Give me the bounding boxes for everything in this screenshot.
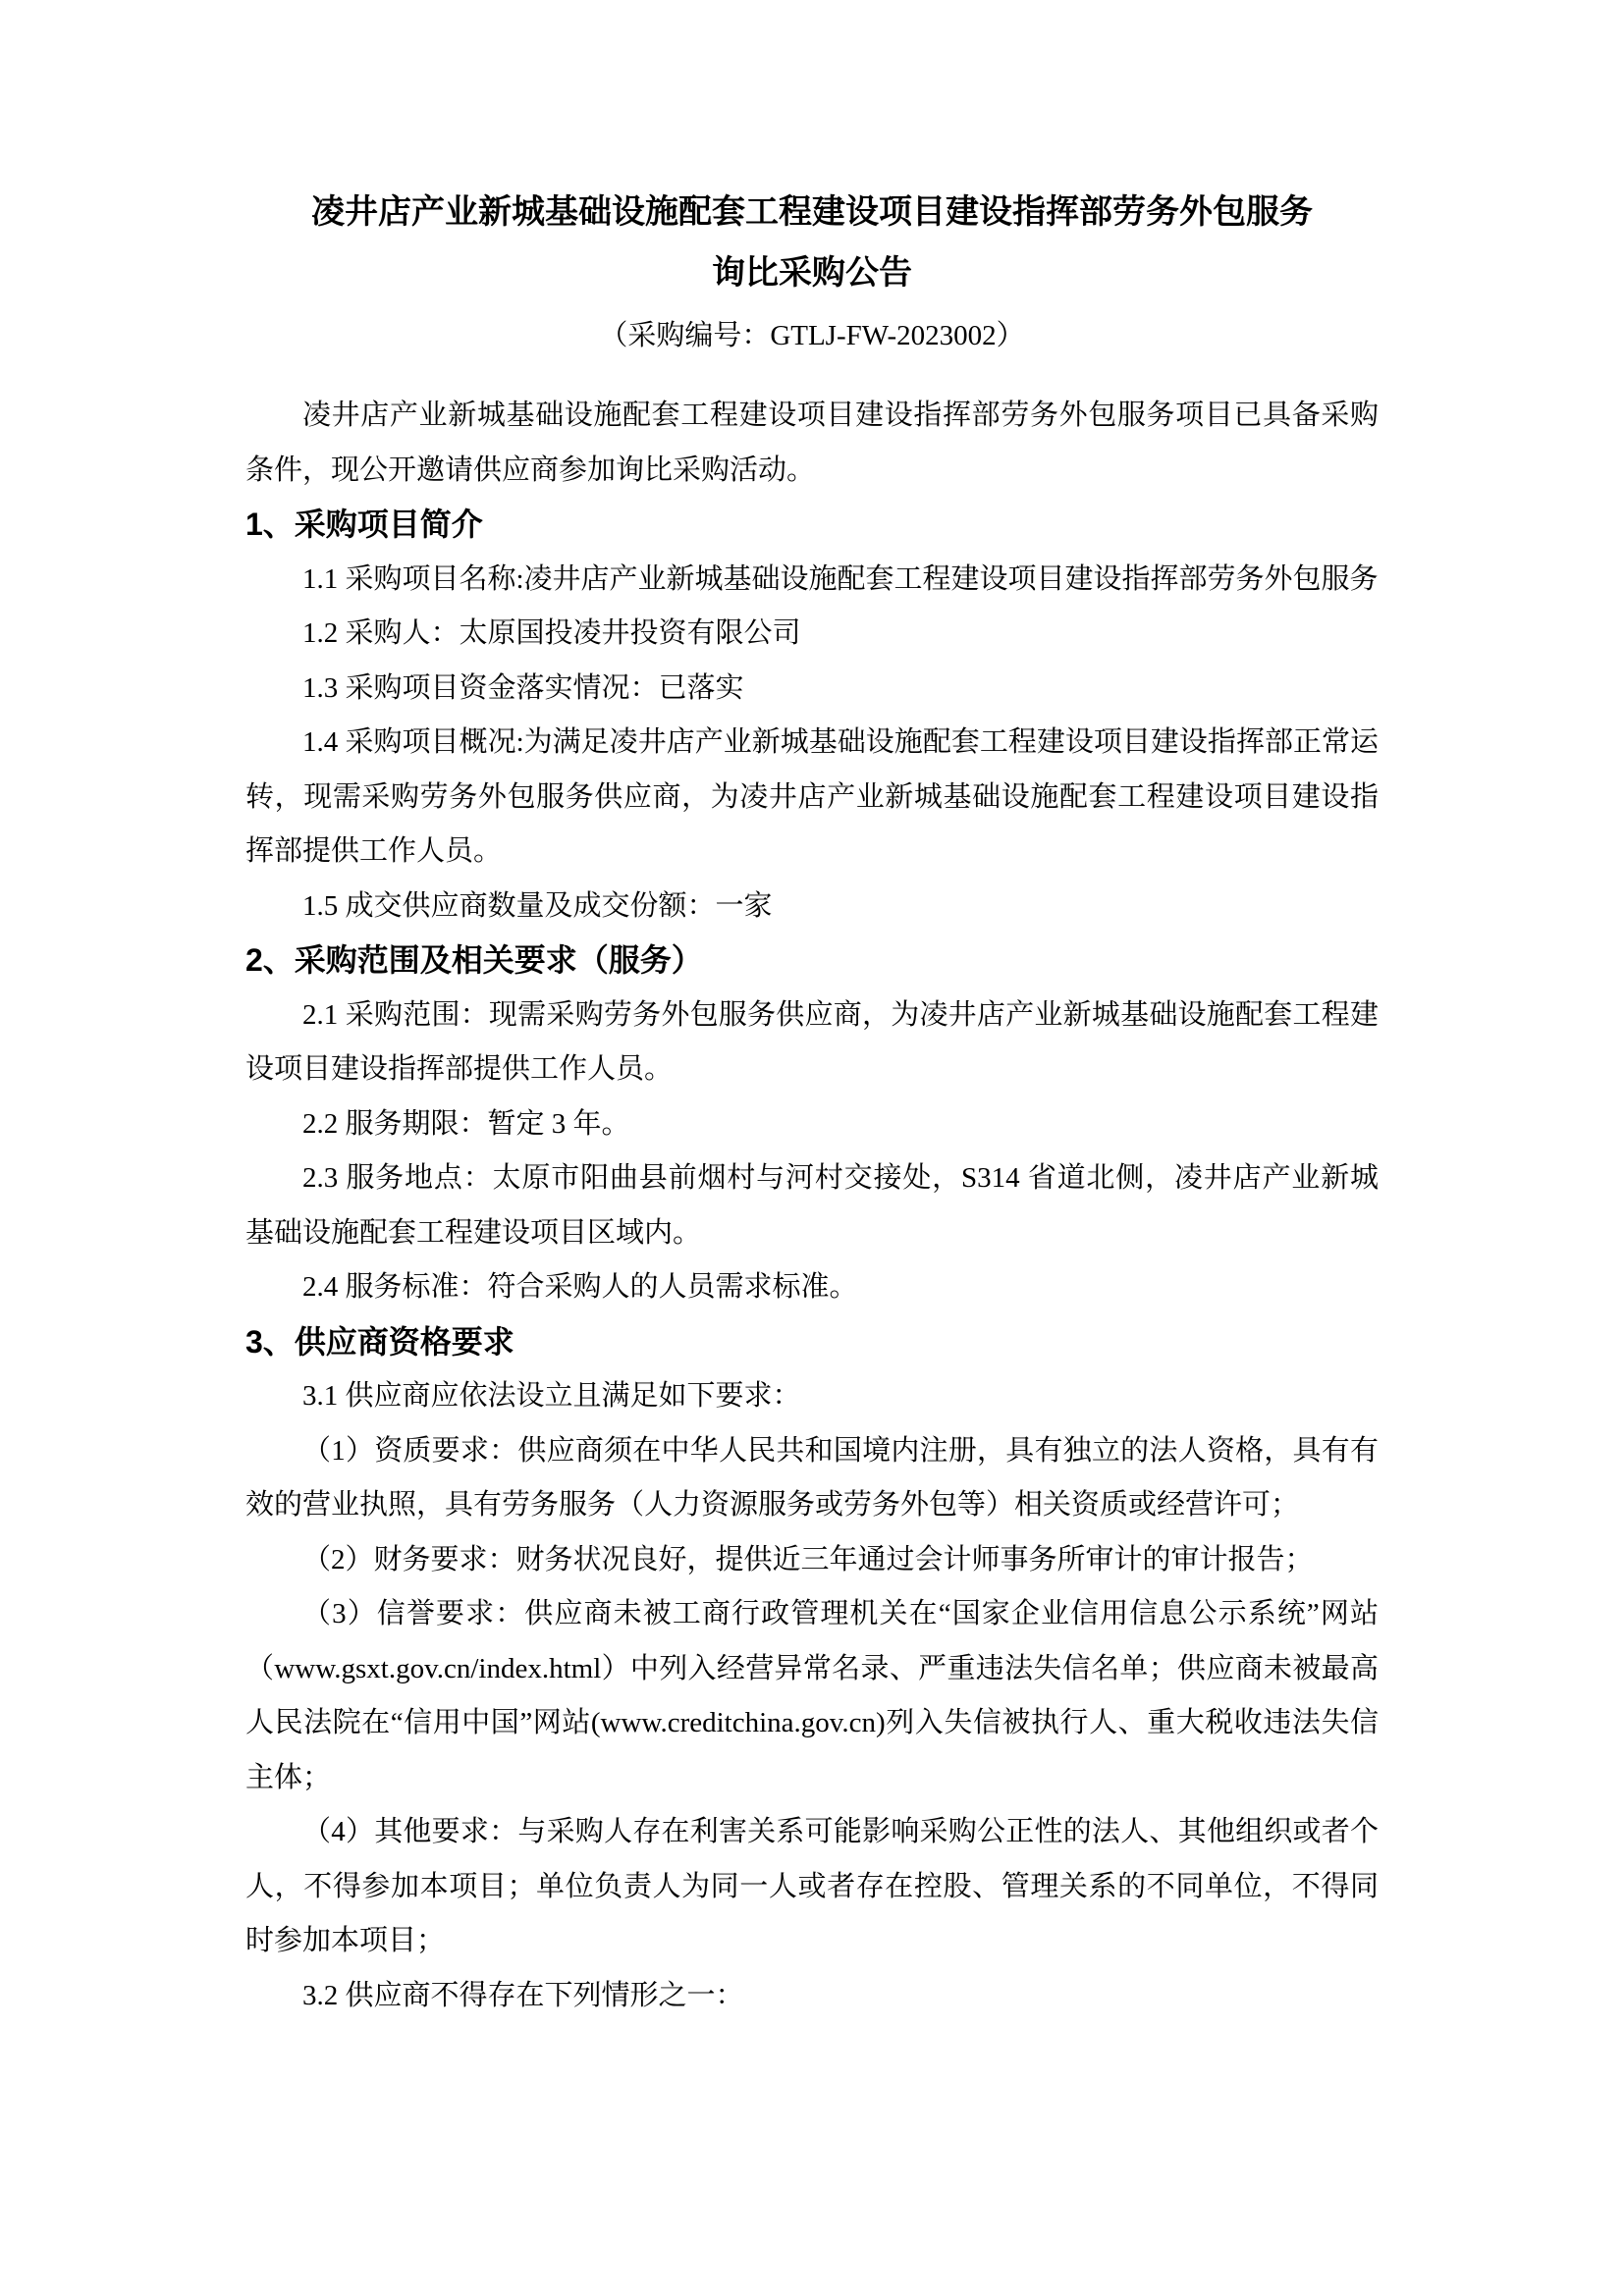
paragraph-3-1-item-2: （2）财务要求：财务状况良好，提供近三年通过会计师事务所审计的审计报告； [245,1533,1379,1588]
paragraph-3-2: 3.2 供应商不得存在下列情形之一： [245,1969,1379,2024]
paragraph-2-1: 2.1 采购范围：现需采购劳务外包服务供应商，为凌井店产业新城基础设施配套工程建… [245,988,1379,1097]
paragraph-2-2: 2.2 服务期限：暂定 3 年。 [245,1097,1379,1152]
paragraph-1-5: 1.5 成交供应商数量及成交份额：一家 [245,880,1379,934]
paragraph-1-2: 1.2 采购人：太原国投凌井投资有限公司 [245,607,1379,662]
document-page: 凌井店产业新城基础设施配套工程建设项目建设指挥部劳务外包服务 询比采购公告 （采… [0,0,1624,2296]
intro-paragraph: 凌井店产业新城基础设施配套工程建设项目建设指挥部劳务外包服务项目已具备采购条件，… [245,389,1379,498]
section-3-heading: 3、供应商资格要求 [245,1315,1379,1370]
document-subtitle: 询比采购公告 [245,243,1379,304]
section-1-heading: 1、采购项目简介 [245,498,1379,553]
document-title: 凌井店产业新城基础设施配套工程建设项目建设指挥部劳务外包服务 [245,183,1379,243]
paragraph-1-1: 1.1 采购项目名称:凌井店产业新城基础设施配套工程建设项目建设指挥部劳务外包服… [245,553,1379,608]
section-2-heading: 2、采购范围及相关要求（服务） [245,934,1379,988]
procurement-number: （采购编号：GTLJ-FW-2023002） [245,304,1379,367]
paragraph-3-1-item-3: （3）信誉要求：供应商未被工商行政管理机关在“国家企业信用信息公示系统”网站（w… [245,1587,1379,1805]
paragraph-2-4: 2.4 服务标准：符合采购人的人员需求标准。 [245,1260,1379,1315]
paragraph-3-1-item-4: （4）其他要求：与采购人存在利害关系可能影响采购公正性的法人、其他组织或者个人，… [245,1805,1379,1969]
paragraph-3-1-item-1: （1）资质要求：供应商须在中华人民共和国境内注册，具有独立的法人资格，具有有效的… [245,1424,1379,1533]
paragraph-2-3: 2.3 服务地点：太原市阳曲县前烟村与河村交接处，S314 省道北侧，凌井店产业… [245,1151,1379,1260]
paragraph-1-4: 1.4 采购项目概况:为满足凌井店产业新城基础设施配套工程建设项目建设指挥部正常… [245,716,1379,880]
paragraph-1-3: 1.3 采购项目资金落实情况：已落实 [245,662,1379,717]
paragraph-3-1: 3.1 供应商应依法设立且满足如下要求： [245,1369,1379,1424]
